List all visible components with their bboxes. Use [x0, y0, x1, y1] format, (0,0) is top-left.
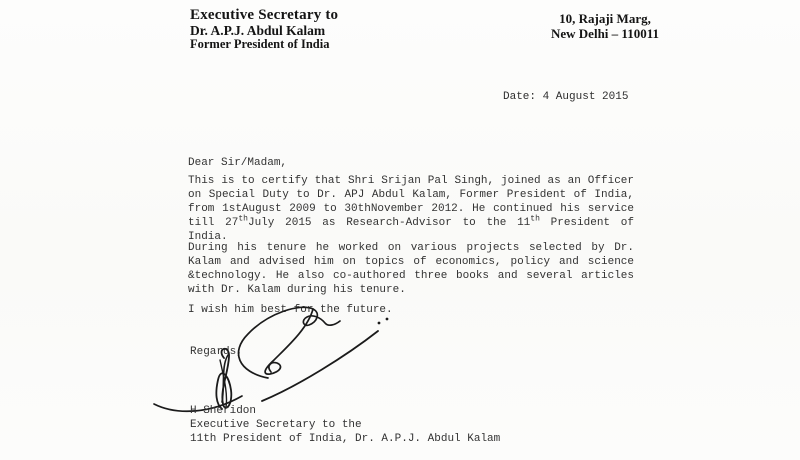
- body-line: on Special Duty to Dr. APJ Abdul Kalam, …: [188, 188, 634, 202]
- letterhead-line3: Former President of India: [190, 38, 338, 51]
- letterhead-line1: Executive Secretary to: [190, 7, 338, 23]
- body-line: from 1stAugust 2009 to 30thNovember 2012…: [188, 202, 634, 216]
- signature: [150, 300, 400, 418]
- regards-line: Regards,: [190, 345, 243, 359]
- paragraph-2: During his tenure he worked on various p…: [188, 241, 634, 297]
- signatory-name: H Sheridon: [190, 404, 500, 418]
- body-line: till 27thJuly 2015 as Research-Advisor t…: [188, 216, 634, 244]
- address-line2: New Delhi – 110011: [538, 27, 672, 42]
- body-line: During his tenure he worked on various p…: [188, 241, 634, 255]
- body-line: &technology. He also co-authored three b…: [188, 269, 634, 283]
- paragraph-1: This is to certify that Shri Srijan Pal …: [188, 174, 634, 244]
- signatory-title-2: 11th President of India, Dr. A.P.J. Abdu…: [190, 432, 500, 446]
- body-line: with Dr. Kalam during his tenure.: [188, 283, 634, 297]
- address-line1: 10, Rajaji Marg,: [538, 12, 672, 27]
- letterhead: Executive Secretary to Dr. A.P.J. Abdul …: [190, 7, 338, 51]
- body-line: Kalam and advised him on topics of econo…: [188, 255, 634, 269]
- date-line: Date: 4 August 2015: [503, 90, 628, 104]
- letterhead-line2: Dr. A.P.J. Abdul Kalam: [190, 24, 338, 38]
- signature-block: H Sheridon Executive Secretary to the 11…: [190, 404, 500, 446]
- signatory-title-1: Executive Secretary to the: [190, 418, 500, 432]
- body-line: This is to certify that Shri Srijan Pal …: [188, 174, 634, 188]
- address-block: 10, Rajaji Marg, New Delhi – 110011: [538, 12, 672, 41]
- closing-wish: I wish him best for the future.: [188, 303, 393, 317]
- salutation: Dear Sir/Madam,: [188, 156, 287, 170]
- signature-ink: [150, 300, 400, 418]
- letter-page: Executive Secretary to Dr. A.P.J. Abdul …: [0, 0, 800, 460]
